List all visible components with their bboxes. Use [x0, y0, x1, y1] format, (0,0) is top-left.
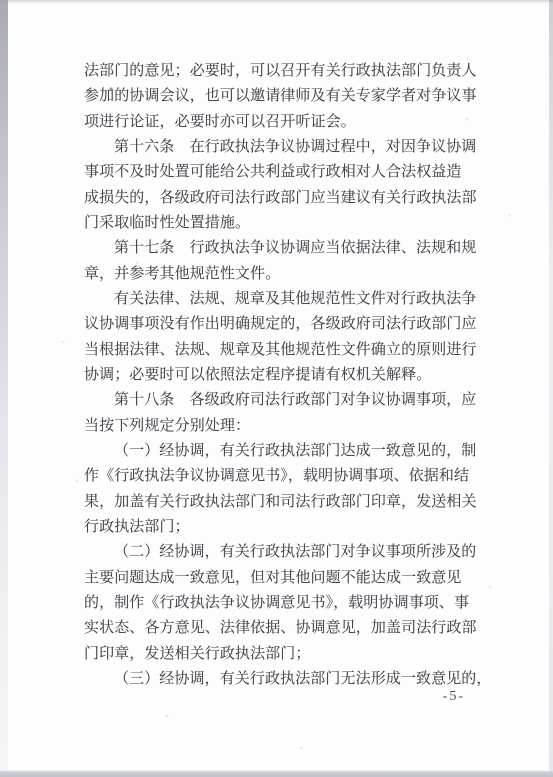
text-line: 成损失的，各级政府司法行政部门应当建议有关行政执法部	[84, 186, 480, 211]
text-line: （二）经协调，有关行政执法部门对争议事项所涉及的	[84, 540, 480, 565]
text-line: 第十六条 在行政执法争议协调过程中，对因争议协调	[84, 135, 480, 160]
text-line: （三）经协调，有关行政执法部门无法形成一致意见的，	[84, 667, 480, 692]
text-line: 的，制作《行政执法争议协调意见书》，载明协调事项、事	[84, 591, 480, 616]
text-line: 协调；必要时可以依照法定程序提请有权机关解释。	[84, 363, 480, 388]
text-line: 参加的协调会议，也可以邀请律师及有关专家学者对争议事	[84, 84, 480, 109]
scan-edge-bottom	[0, 770, 553, 777]
text-line: 第十八条 各级政府司法行政部门对争议协调事项，应	[84, 388, 480, 413]
text-line: 主要问题达成一致意见，但对其他问题不能达成一致意见	[84, 566, 480, 591]
text-line: 行政执法部门；	[84, 515, 480, 540]
text-line: 法部门的意见；必要时，可以召开有关行政执法部门负责人	[84, 59, 480, 84]
text-line: 当按下列规定分别处理：	[84, 414, 480, 439]
scan-edge-left	[0, 0, 8, 777]
scan-edge-top	[0, 0, 553, 4]
text-line: 议协调事项没有作出明确规定的，各级政府司法行政部门应	[84, 312, 480, 337]
text-line: （一）经协调，有关行政执法部门达成一致意见的，制	[84, 439, 480, 464]
text-line: 作《行政执法争议协调意见书》，载明协调事项、依据和结	[84, 464, 480, 489]
text-lines: 法部门的意见；必要时，可以召开有关行政执法部门负责人参加的协调会议，也可以邀请律…	[84, 59, 480, 692]
text-line: 门采取临时性处置措施。	[84, 211, 480, 236]
text-line: 事项不及时处置可能给公共利益或行政相对人合法权益造	[84, 160, 480, 185]
text-line: 实状态、各方意见、法律依据、协调意见，加盖司法行政部	[84, 616, 480, 641]
scan-edge-right	[549, 0, 553, 777]
text-line: 有关法律、法规、规章及其他规范性文件对行政执法争	[84, 287, 480, 312]
document-page: 法部门的意见；必要时，可以召开有关行政执法部门负责人参加的协调会议，也可以邀请律…	[0, 0, 553, 777]
text-line: 章，并参考其他规范性文件。	[84, 262, 480, 287]
text-line: 项进行论证，必要时亦可以召开听证会。	[84, 110, 480, 135]
text-line: 第十七条 行政执法争议协调应当依据法律、法规和规	[84, 236, 480, 261]
text-line: 门印章，发送相关行政执法部门；	[84, 642, 480, 667]
text-line: 当根据法律、法规、规章及其他规范性文件确立的原则进行	[84, 338, 480, 363]
text-line: 果，加盖有关行政执法部门和司法行政部门印章，发送相关	[84, 490, 480, 515]
page-number: -5-	[443, 689, 465, 705]
